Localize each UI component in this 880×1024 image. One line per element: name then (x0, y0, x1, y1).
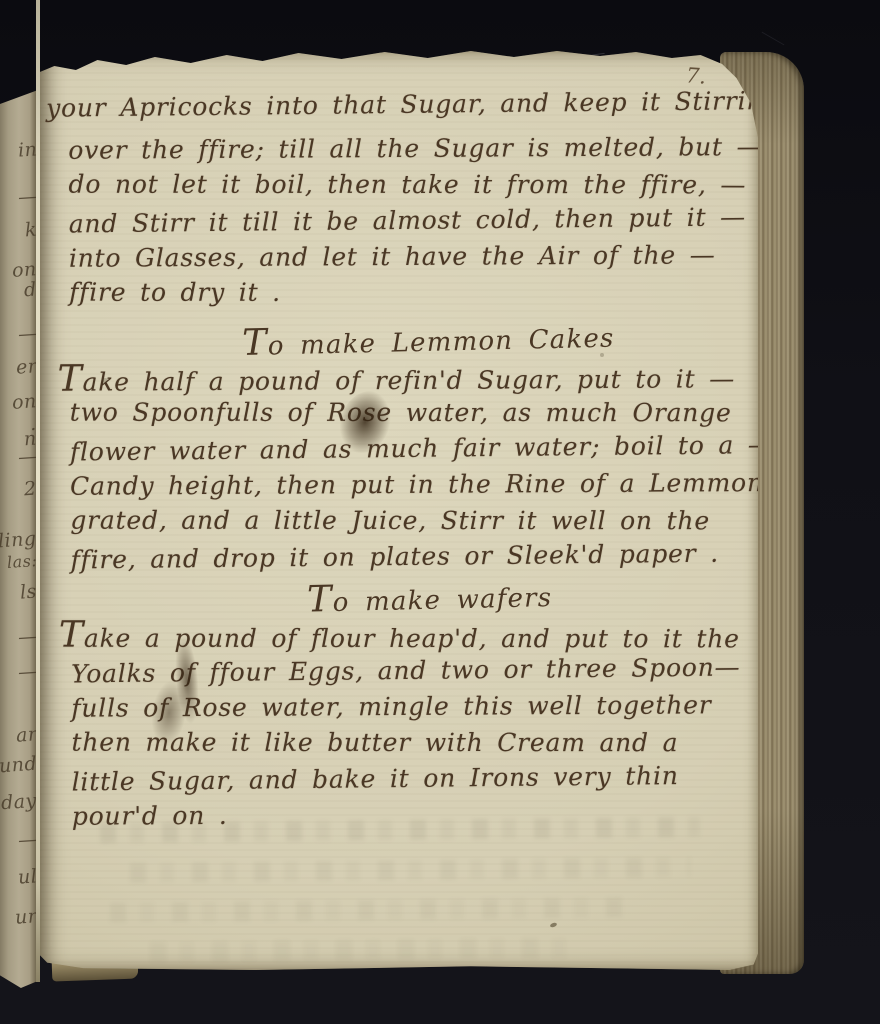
manuscript-line: then make it like butter with Cream and … (71, 726, 743, 763)
paper-speck (550, 922, 558, 928)
manuscript-line: fulls of Rose water, mingle this well to… (71, 688, 743, 728)
cutoff-word-fragment: — (17, 626, 38, 647)
cutoff-word-fragment: — (17, 829, 38, 850)
manuscript-scan: in — k on d — er on . n — 2 ling las: ls… (0, 0, 880, 1024)
cutoff-word-fragment: ul (17, 866, 38, 887)
cutoff-word-fragment: las: (6, 551, 38, 573)
paper-speck (102, 378, 108, 383)
backdrop-scratch (761, 32, 784, 46)
cutoff-word-fragment: — (17, 186, 38, 207)
cutoff-word-fragment: — (17, 661, 38, 682)
manuscript-line: and Stirr it till it be almost cold, the… (69, 200, 741, 243)
ink-bleed-through (110, 897, 630, 922)
cutoff-word-fragment: und (0, 754, 38, 777)
manuscript-line: Take a pound of flour heap'd, and put to… (59, 618, 743, 655)
manuscript-line: do not let it boil, then take it from th… (69, 168, 741, 205)
manuscript-line: grated, and a little Juice, Stirr it wel… (70, 504, 742, 541)
paper-speck (600, 353, 604, 357)
manuscript-line: little Sugar, and bake it on Irons very … (72, 758, 744, 801)
cutoff-word-fragment: er (15, 356, 38, 377)
manuscript-line: over the ffire; till all the Sugar is me… (68, 130, 740, 170)
cutoff-word-fragment: ar (15, 724, 38, 745)
previous-page-edge: in — k on d — er on . n — 2 ling las: ls… (0, 90, 38, 988)
cutoff-word-fragment: ling (0, 529, 38, 552)
manuscript-line: into Glasses, and let it have the Air of… (69, 238, 741, 278)
manuscript-line: two Spoonfulls of Rose water, as much Or… (70, 396, 742, 433)
cutoff-word-fragment: — (17, 446, 38, 467)
manuscript-page: 7. your Apricocks into that Sugar, and k… (40, 48, 758, 970)
cutoff-word-fragment: on (12, 391, 38, 413)
gutter-edge-highlight (36, 0, 40, 982)
cutoff-word-fragment: — (17, 323, 38, 344)
cutoff-word-fragment: ur (14, 906, 38, 928)
cutoff-word-fragment: on (12, 259, 38, 281)
handwritten-text: your Apricocks into that Sugar, and keep… (46, 86, 744, 836)
manuscript-line: flower water and as much fair water; boi… (70, 428, 742, 471)
cutoff-word-fragment: ls (19, 581, 37, 602)
cutoff-word-fragment: in (17, 139, 38, 160)
manuscript-line: Yoalks of ffour Eggs, and two or three S… (71, 650, 743, 693)
ink-bleed-through (130, 857, 690, 883)
cutoff-word-fragment: day (1, 791, 38, 813)
ink-bleed-through (150, 938, 570, 962)
manuscript-line: Candy height, then put in the Rine of a … (70, 466, 742, 506)
manuscript-line: ffire to dry it . (69, 276, 741, 313)
manuscript-line: your Apricocks into that Sugar, and keep… (46, 84, 740, 127)
